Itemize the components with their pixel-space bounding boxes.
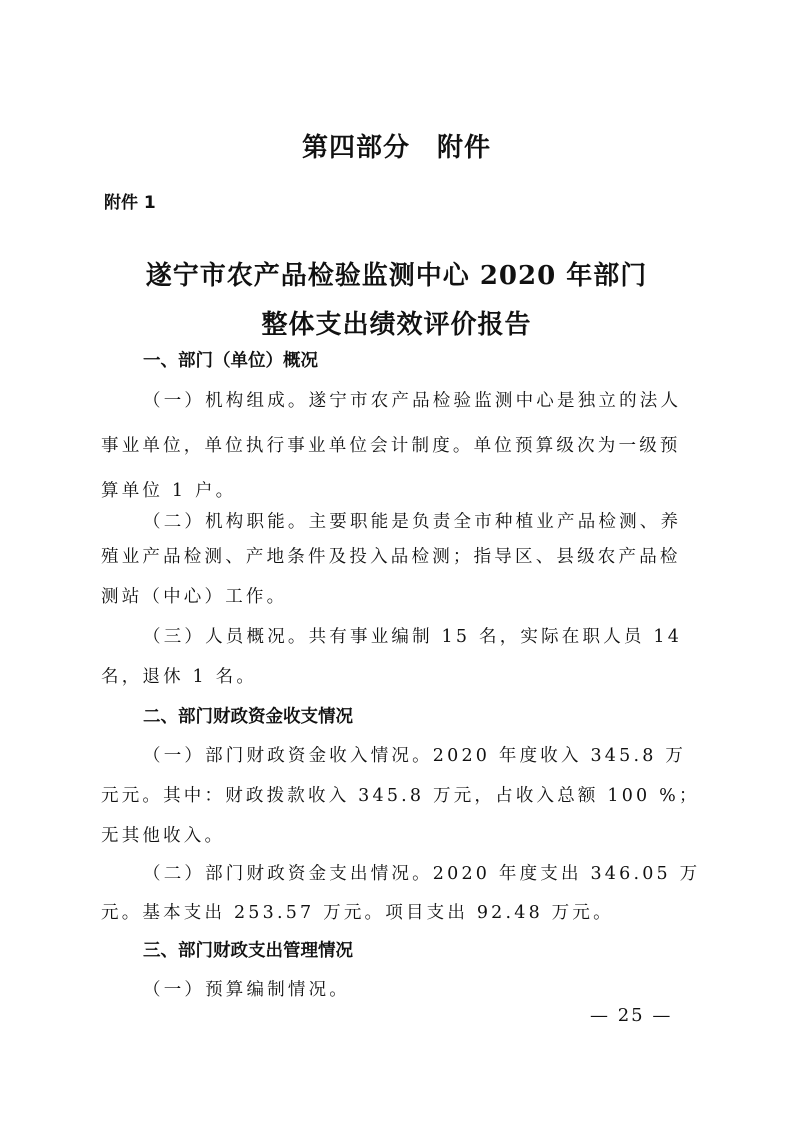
paragraph-line: 算单位 1 户。 xyxy=(101,477,236,502)
paragraph-line: （一）预算编制情况。 xyxy=(143,976,350,1001)
report-title-line-2: 整体支出绩效评价报告 xyxy=(0,304,793,341)
paragraph-line: 殖业产品检测、产地条件及投入品检测；指导区、县级农产品检 xyxy=(101,543,681,568)
paragraph-line: （三）人员概况。共有事业编制 15 名，实际在职人员 14 xyxy=(143,623,682,648)
paragraph-line: 事业单位，单位执行事业单位会计制度。单位预算级次为一级预 xyxy=(101,432,681,457)
attachment-label: 附件 1 xyxy=(104,188,156,213)
paragraph-line: 元元。其中：财政拨款收入 345.8 万元，占收入总额 100 %； xyxy=(101,782,700,807)
paragraph-line: （一）部门财政资金收入情况。2020 年度收入 345.8 万 xyxy=(143,742,686,767)
paragraph-line: （一）机构组成。遂宁市农产品检验监测中心是独立的法人 xyxy=(143,387,681,412)
section-heading-3: 三、部门财政支出管理情况 xyxy=(143,937,353,962)
part-title: 第四部分 附件 xyxy=(0,127,793,164)
paragraph-line: 无其他收入。 xyxy=(101,822,225,847)
paragraph-line: 元。基本支出 253.57 万元。项目支出 92.48 万元。 xyxy=(101,899,614,924)
paragraph-line: （二）部门财政资金支出情况。2020 年度支出 346.05 万 xyxy=(143,860,700,885)
paragraph-line: （二）机构职能。主要职能是负责全市种植业产品检测、养 xyxy=(143,508,681,533)
paragraph-line: 名，退休 1 名。 xyxy=(101,663,257,688)
page-number: — 25 — xyxy=(590,1005,672,1026)
report-title-line-1: 遂宁市农产品检验监测中心 2020 年部门 xyxy=(0,255,793,292)
section-heading-1: 一、部门（单位）概况 xyxy=(143,347,318,372)
section-heading-2: 二、部门财政资金收支情况 xyxy=(143,703,353,728)
paragraph-line: 测站（中心）工作。 xyxy=(101,583,287,608)
